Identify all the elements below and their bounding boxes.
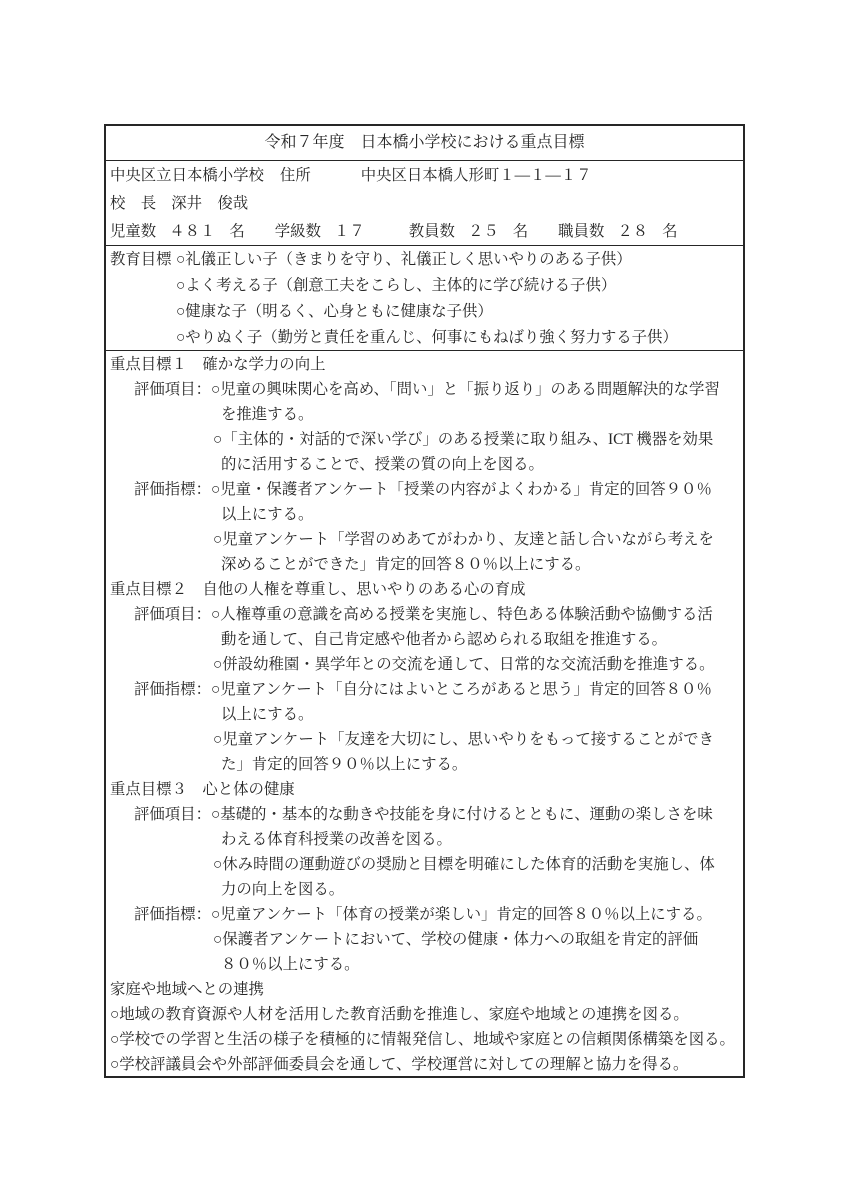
goal3-indicator2-line2: ８０％以上にする。 bbox=[221, 952, 743, 977]
goal3-items-line: 評価項目：○基礎的・基本的な動きや技能を身に付けるとともに、運動の楽しさを味 bbox=[110, 802, 743, 827]
goal2-indicator1-line2: 以上にする。 bbox=[221, 702, 743, 727]
education-goal-item: ○礼儀正しい子（きまりを守り、礼儀正しく思いやりのある子供） bbox=[176, 251, 632, 268]
eval-items-label: 評価項目： bbox=[134, 802, 211, 827]
students-value: ４８１ bbox=[169, 223, 215, 240]
goal3-item1-line2: わえる体育科授業の改善を図る。 bbox=[221, 827, 743, 852]
classes-label: 学級数 bbox=[275, 223, 321, 240]
staff-value: ２８ bbox=[617, 223, 648, 240]
goal2-indicator2-line1: ○児童アンケート「友達を大切にし、思いやりをもって接することができ bbox=[213, 727, 743, 752]
goal3-item1-line1: ○基礎的・基本的な動きや技能を身に付けるとともに、運動の楽しさを味 bbox=[211, 806, 713, 823]
teachers-count: 教員数２５名 bbox=[409, 218, 528, 245]
document-table: 令和７年度 日本橋小学校における重点目標 中央区立日本橋小学校住所中央区日本橋人… bbox=[104, 124, 745, 1078]
eval-indicators-label: 評価指標： bbox=[134, 677, 211, 702]
staff-count: 職員数２８名 bbox=[558, 218, 677, 245]
principal-label: 校 長 bbox=[110, 195, 156, 212]
goal1-item1-line2: を推進する。 bbox=[221, 402, 743, 427]
community-item: ○学校評議員会や外部評価委員会を通して、学校運営に対しての理解と協力を得る。 bbox=[110, 1052, 743, 1076]
goal1-items-line: 評価項目：○児童の興味関心を高め、「問い」と「振り返り」のある問題解決的な学習 bbox=[110, 377, 743, 402]
goal2-heading: 重点目標２ 自他の人権を尊重し、思いやりのある心の育成 bbox=[110, 577, 743, 602]
school-name: 中央区立日本橋小学校 bbox=[110, 167, 264, 184]
goal1-indicator2-line1: ○児童アンケート「学習のめあてがわかり、友達と話し合いながら考えを bbox=[213, 527, 743, 552]
goal2-item1-line1: ○人権尊重の意識を高める授業を実施し、特色ある体験活動や協働する活 bbox=[211, 606, 713, 623]
goal3-item2-line2: 力の向上を図る。 bbox=[221, 877, 743, 902]
teachers-label: 教員数 bbox=[409, 223, 455, 240]
students-unit: 名 bbox=[229, 223, 244, 240]
classes-value: １７ bbox=[334, 223, 365, 240]
education-goal-item: ○健康な子（明るく、心身ともに健康な子供） bbox=[176, 299, 743, 325]
eval-indicators-label: 評価指標： bbox=[134, 477, 211, 502]
eval-indicators-label: 評価指標： bbox=[134, 902, 211, 927]
education-goal-item: ○やりぬく子（勤労と責任を重んじ、何事にもねばり強く努力する子供） bbox=[176, 325, 743, 350]
community-item: ○学校での学習と生活の様子を積極的に情報発信し、地域や家庭との信頼関係構築を図る… bbox=[110, 1027, 743, 1052]
goal1-item2-line1: ○「主体的・対話的で深い学び」のある授業に取り組み、ICT 機器を効果 bbox=[213, 427, 743, 452]
students-label: 児童数 bbox=[110, 223, 156, 240]
goal1-heading: 重点目標１ 確かな学力の向上 bbox=[110, 352, 743, 377]
community-item: ○地域の教育資源や人材を活用した教育活動を推進し、家庭や地域との連携を図る。 bbox=[110, 1002, 743, 1027]
document-title: 令和７年度 日本橋小学校における重点目標 bbox=[264, 134, 584, 151]
education-goal-item: ○よく考える子（創意工夫をこらし、主体的に学び続ける子供） bbox=[176, 273, 743, 299]
goal3-indicator1-line1: ○児童アンケート「体育の授業が楽しい」肯定的回答８０％以上にする。 bbox=[211, 906, 712, 923]
goal2-items-line: 評価項目：○人権尊重の意識を高める授業を実施し、特色ある体験活動や協働する活 bbox=[110, 602, 743, 627]
students-count: 児童数４８１名 bbox=[110, 218, 245, 245]
staff-unit: 名 bbox=[662, 223, 677, 240]
school-address: 中央区日本橋人形町１―１―１７ bbox=[361, 167, 592, 184]
counts-line: 児童数４８１名学級数１７教員数２５名職員数２８名 bbox=[110, 218, 743, 245]
education-goals-row: 教育目標○礼儀正しい子（きまりを守り、礼儀正しく思いやりのある子供） ○よく考え… bbox=[106, 245, 743, 350]
classes-count: 学級数１７ bbox=[275, 218, 379, 245]
teachers-value: ２５ bbox=[468, 223, 499, 240]
goal3-indicator2-line1: ○保護者アンケートにおいて、学校の健康・体力への取組を肯定的評価 bbox=[213, 927, 743, 952]
goal3-indicators-line: 評価指標：○児童アンケート「体育の授業が楽しい」肯定的回答８０％以上にする。 bbox=[110, 902, 743, 927]
principal-line: 校 長深井 俊哉 bbox=[110, 190, 743, 218]
staff-label: 職員数 bbox=[558, 223, 604, 240]
address-label: 住所 bbox=[280, 167, 311, 184]
main-content-row: 重点目標１ 確かな学力の向上 評価項目：○児童の興味関心を高め、「問い」と「振り… bbox=[106, 350, 743, 1076]
education-goals-label: 教育目標 bbox=[110, 247, 176, 273]
goal1-item2-line2: 的に活用することで、授業の質の向上を図る。 bbox=[221, 452, 743, 477]
goal2-indicators-line: 評価指標：○児童アンケート「自分にはよいところがあると思う」肯定的回答８０％ bbox=[110, 677, 743, 702]
goal3-item2-line1: ○休み時間の運動遊びの奨励と目標を明確にした体育的活動を実施し、体 bbox=[213, 852, 743, 877]
title-row: 令和７年度 日本橋小学校における重点目標 bbox=[106, 126, 743, 160]
community-heading: 家庭や地域へとの連携 bbox=[110, 977, 743, 1002]
goal1-item1-line1: ○児童の興味関心を高め、「問い」と「振り返り」のある問題解決的な学習 bbox=[211, 381, 720, 398]
goal1-indicator2-line2: 深めることができた」肯定的回答８０％以上にする。 bbox=[221, 552, 743, 577]
goal3-heading: 重点目標３ 心と体の健康 bbox=[110, 777, 743, 802]
eval-items-label: 評価項目： bbox=[134, 602, 211, 627]
goal1-indicator1-line1: ○児童・保護者アンケート「授業の内容がよくわかる」肯定的回答９０％ bbox=[211, 481, 712, 498]
goal2-item1-line2: 動を通して、自己肯定感や他者から認められる取組を推進する。 bbox=[221, 627, 743, 652]
goal2-indicator2-line2: た」肯定的回答９０％以上にする。 bbox=[221, 752, 743, 777]
teachers-unit: 名 bbox=[513, 223, 528, 240]
goal1-indicators-line: 評価指標：○児童・保護者アンケート「授業の内容がよくわかる」肯定的回答９０％ bbox=[110, 477, 743, 502]
goal2-item2-line1: ○併設幼稚園・異学年との交流を通して、日常的な交流活動を推進する。 bbox=[213, 652, 743, 677]
eval-items-label: 評価項目： bbox=[134, 377, 211, 402]
goal2-indicator1-line1: ○児童アンケート「自分にはよいところがあると思う」肯定的回答８０％ bbox=[211, 681, 712, 698]
principal-name: 深井 俊哉 bbox=[171, 195, 248, 212]
school-address-line: 中央区立日本橋小学校住所中央区日本橋人形町１―１―１７ bbox=[110, 162, 743, 190]
school-info-row: 中央区立日本橋小学校住所中央区日本橋人形町１―１―１７ 校 長深井 俊哉 児童数… bbox=[106, 160, 743, 245]
goal1-indicator1-line2: 以上にする。 bbox=[221, 502, 743, 527]
education-goal-line: 教育目標○礼儀正しい子（きまりを守り、礼儀正しく思いやりのある子供） bbox=[110, 247, 743, 273]
